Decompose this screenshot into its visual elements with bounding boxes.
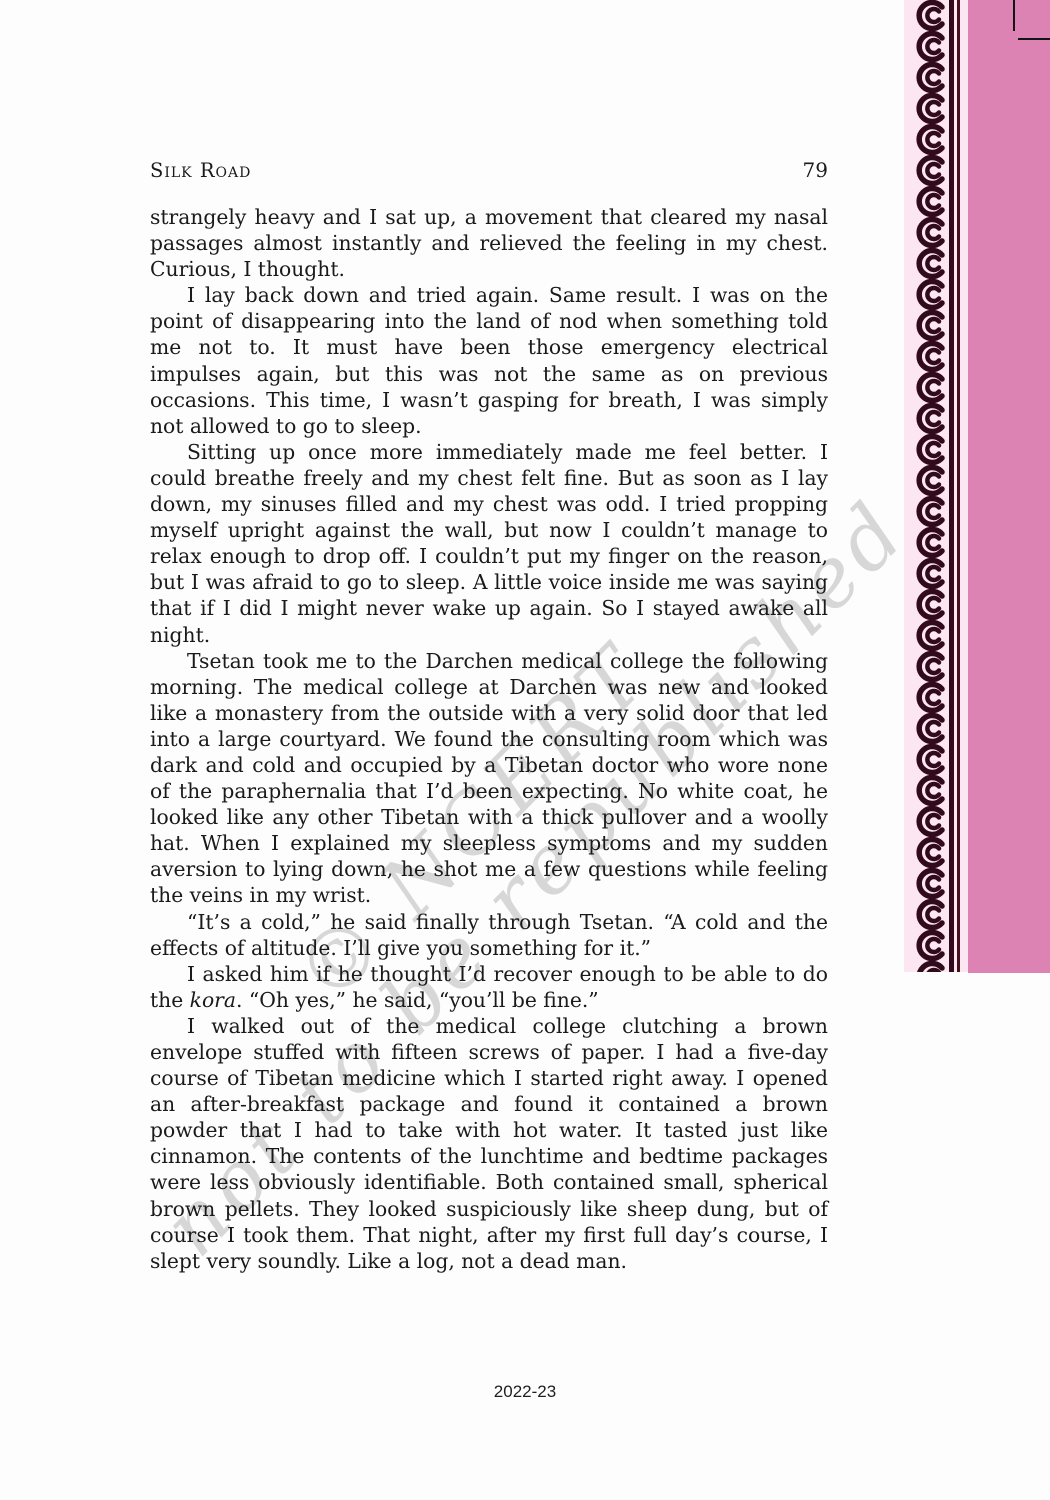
paragraph: Tsetan took me to the Darchen medical co… — [150, 648, 828, 909]
scallop-chain-border-icon — [906, 0, 952, 972]
vertical-rule-thin — [957, 0, 960, 972]
decorative-side-strip — [904, 0, 968, 972]
crop-mark-vertical — [1013, 0, 1015, 31]
paragraph: I walked out of the medical college clut… — [150, 1013, 828, 1274]
crop-mark-horizontal — [1018, 38, 1050, 40]
paragraph-text-after: . “Oh yes,” he said, “you’ll be fine.” — [236, 988, 599, 1012]
chapter-title: Silk Road — [150, 159, 251, 182]
vertical-rule-thick — [949, 0, 954, 972]
paragraph: “It’s a cold,” he said finally through T… — [150, 909, 828, 961]
body-text-column: strangely heavy and I sat up, a movement… — [150, 204, 828, 1274]
pink-margin-block — [968, 0, 1050, 973]
paragraph: Sitting up once more immediately made me… — [150, 439, 828, 648]
edition-footer: 2022-23 — [0, 1382, 1050, 1402]
italic-term: kora — [190, 988, 236, 1012]
book-page: © NCERT not to be republished Silk Road … — [0, 0, 1050, 1500]
running-header: Silk Road 79 — [150, 158, 828, 182]
paragraph-with-italic: I asked him if he thought I’d recover en… — [150, 961, 828, 1013]
paragraph-continuation: strangely heavy and I sat up, a movement… — [150, 204, 828, 282]
page-number: 79 — [803, 158, 828, 182]
paragraph: I lay back down and tried again. Same re… — [150, 282, 828, 439]
